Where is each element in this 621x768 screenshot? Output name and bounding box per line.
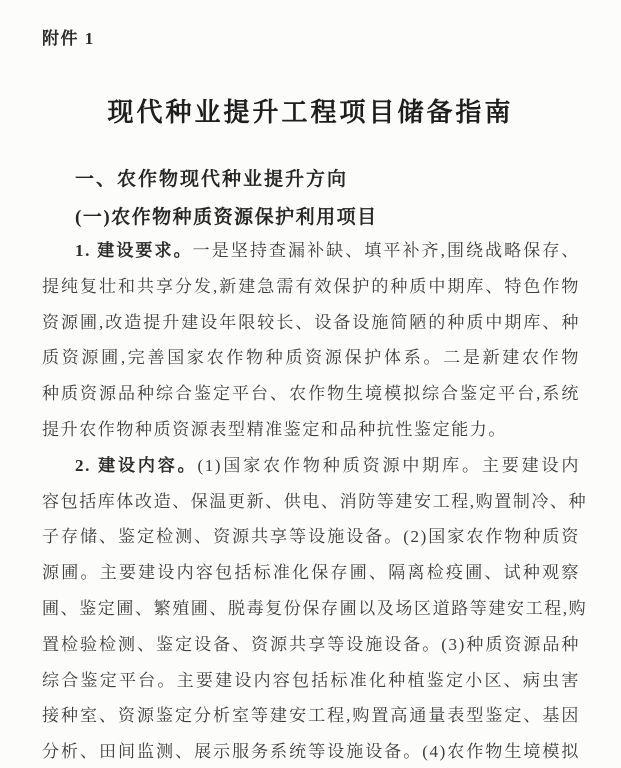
text-line: 置检验检测、鉴定设备、资源共享等设施设备。(3)种质资源品种 <box>42 627 580 663</box>
document-title: 现代种业提升工程项目储备指南 <box>0 92 621 129</box>
section-heading: 一、农作物现代种业提升方向 <box>75 164 348 191</box>
text-line: 源圃。主要建设内容包括标准化保存圃、隔离检疫圃、试种观察 <box>42 555 580 591</box>
paragraph-lead: 1. 建设要求。 <box>75 241 193 260</box>
text-line: 分析、田间监测、展示服务系统等设施设备。(4)农作物生境模拟 <box>42 734 580 768</box>
text-line: 接种室、资源鉴定分析室等建安工程,购置高通量表型鉴定、基因 <box>42 698 580 734</box>
text-line: 提升农作物种质资源表型精准鉴定和品种抗性鉴定能力。 <box>42 412 580 448</box>
line-text: (1)国家农作物种质资源中期库。主要建设内 <box>198 456 581 475</box>
text-line: 子存储、鉴定检测、资源共享等设施设备。(2)国家农作物种质资 <box>42 519 580 555</box>
text-line: 2. 建设内容。(1)国家农作物种质资源中期库。主要建设内 <box>42 448 580 484</box>
text-line: 资源圃,改造提升建设年限较长、设备设施简陋的种质中期库、种 <box>42 305 580 341</box>
text-line: 容包括库体改造、保温更新、供电、消防等建安工程,购置制冷、种 <box>42 484 580 520</box>
text-line: 综合鉴定平台。主要建设内容包括标准化种植鉴定小区、病虫害 <box>42 663 580 699</box>
text-line: 种质资源品种综合鉴定平台、农作物生境模拟综合鉴定平台,系统 <box>42 376 580 412</box>
subsection-heading: (一)农作物种质资源保护利用项目 <box>75 202 378 229</box>
attachment-label: 附件 1 <box>42 24 95 49</box>
paragraph-block: 1. 建设要求。一是坚持查漏补缺、填平补齐,围绕战略保存、 提纯复壮和共享分发,… <box>42 233 580 768</box>
text-line: 提纯复壮和共享分发,新建急需有效保护的种质中期库、特色作物 <box>42 269 580 305</box>
text-line: 圃、鉴定圃、繁殖圃、脱毒复份保存圃以及场区道路等建安工程,购 <box>42 591 580 627</box>
document-page: 附件 1 现代种业提升工程项目储备指南 一、农作物现代种业提升方向 (一)农作物… <box>0 0 621 768</box>
text-line: 1. 建设要求。一是坚持查漏补缺、填平补齐,围绕战略保存、 <box>42 233 580 269</box>
text-line: 质资源圃,完善国家农作物种质资源保护体系。二是新建农作物 <box>42 340 580 376</box>
paragraph-lead: 2. 建设内容。 <box>75 456 198 475</box>
line-text: 一是坚持查漏补缺、填平补齐,围绕战略保存、 <box>193 241 580 260</box>
